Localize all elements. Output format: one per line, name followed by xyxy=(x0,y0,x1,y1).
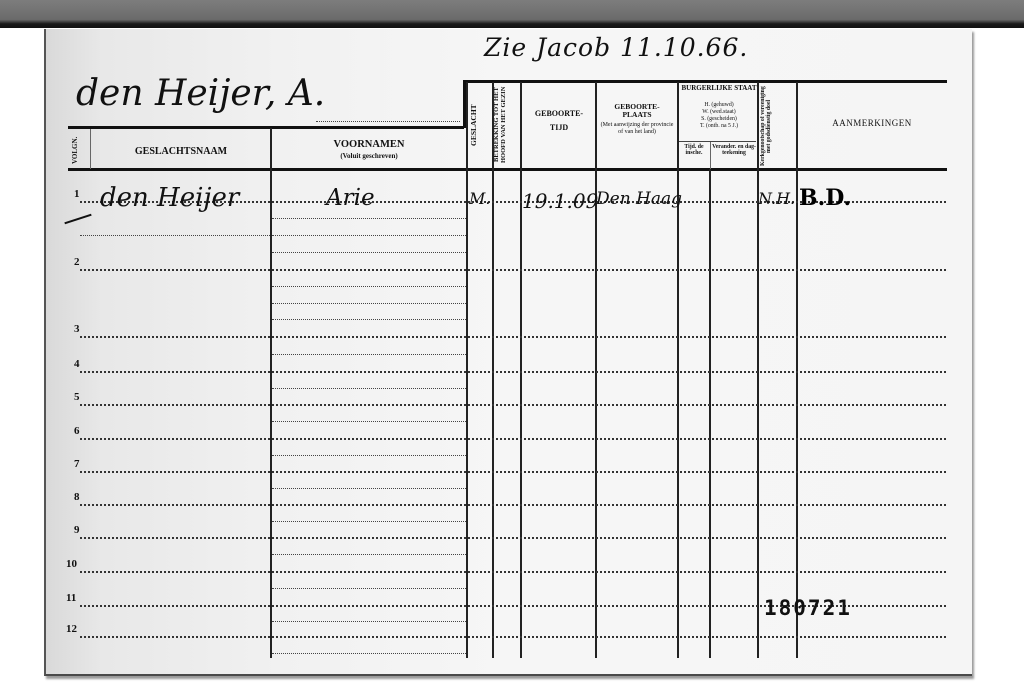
voornamen-subline xyxy=(272,252,466,253)
heading-dotted-line xyxy=(316,121,460,122)
row1-geslacht: M. xyxy=(469,189,490,208)
row1-geslachtsnaam: den Heijer xyxy=(100,183,239,213)
row-number: 8 xyxy=(74,491,80,503)
header-rule-left xyxy=(68,126,464,129)
col-line-tijd-inschr xyxy=(709,169,711,658)
voornamen-subline xyxy=(272,653,466,654)
voornamen-subline xyxy=(272,455,466,456)
card-number-stamp: 180721 xyxy=(764,596,852,620)
voornamen-subline xyxy=(272,303,466,304)
column-header-burgerlijke-staat: BURGERLIJKE STAAT xyxy=(680,85,758,93)
row-line xyxy=(80,438,946,440)
row-number: 9 xyxy=(74,524,80,536)
family-name-heading: den Heijer, A. xyxy=(76,73,325,114)
row1-pen-stroke xyxy=(64,214,91,225)
header-rule-bottom xyxy=(68,168,947,171)
row-number: 1 xyxy=(74,188,80,200)
burgerlijke-staat-t: T. (ontb. na 5 J.) xyxy=(680,123,758,129)
row-line xyxy=(80,371,946,373)
volgn-divider xyxy=(90,129,91,169)
row-line xyxy=(80,571,946,573)
column-header-geslachtsnaam: GESLACHTSNAAM xyxy=(92,146,270,157)
voornamen-subline xyxy=(272,388,466,389)
row-line xyxy=(80,504,946,506)
voornamen-subline xyxy=(272,521,466,522)
voornamen-subline xyxy=(272,286,466,287)
column-header-kerkgenootschap: Kerkgenootschap of vereeniging met godsd… xyxy=(760,85,794,167)
row-line xyxy=(80,404,946,406)
column-header-betrekking: BETREKKING TOT HET HOOFD VAN HET GEZIN xyxy=(494,85,520,165)
voornamen-subline xyxy=(272,554,466,555)
burgerlijke-staat-w: W. (wed.staat) xyxy=(680,109,758,115)
column-header-geboorteplaats-2: PLAATS xyxy=(596,111,678,119)
voornamen-subline xyxy=(272,421,466,422)
row-number: 12 xyxy=(66,623,77,635)
row-number: 11 xyxy=(66,592,76,604)
row-line xyxy=(80,269,946,271)
column-header-verandering: Verander. en dag-teekening xyxy=(711,144,757,157)
row-line xyxy=(80,537,946,539)
row-number: 6 xyxy=(74,425,80,437)
header-rule-top xyxy=(463,80,947,83)
column-header-geboortetijd-1: GEBOORTE- xyxy=(522,110,596,119)
row-number: 7 xyxy=(74,458,80,470)
column-header-voornamen-sub: (Voluit geschreven) xyxy=(272,153,466,161)
column-header-aanmerkingen: AANMERKINGEN xyxy=(798,119,946,129)
column-header-volgn: VOLGN. xyxy=(72,133,86,167)
voornamen-subline xyxy=(272,218,466,219)
column-header-geboorteplaats-sub: (Met aanwijzing der provincie of van het… xyxy=(600,122,674,135)
row1-geboorteplaats: Den Haag xyxy=(596,189,682,209)
row-line xyxy=(80,336,946,338)
row-number: 4 xyxy=(74,358,80,370)
voornamen-subline xyxy=(272,588,466,589)
column-header-geslacht: GESLACHT xyxy=(470,85,488,165)
voornamen-subline xyxy=(272,621,466,622)
row1-continuation-line xyxy=(80,235,270,236)
voornamen-subline xyxy=(272,488,466,489)
registration-card: Zie Jacob 11.10.66. den Heijer, A. VOLGN… xyxy=(44,29,972,676)
burgerlijke-staat-h: H. (gehuwd) xyxy=(680,102,758,108)
row-line xyxy=(80,471,946,473)
row-line xyxy=(80,636,946,638)
row1-aanmerkingen: B.D. xyxy=(799,185,851,211)
column-header-tijd-inschr: Tijd. de insche. xyxy=(678,144,710,157)
row1-kerkgenootschap: N.H. xyxy=(758,189,795,208)
row-number: 3 xyxy=(74,323,80,335)
col-line-geslachtsnaam xyxy=(270,128,272,658)
column-header-geboortetijd-2: TIJD xyxy=(522,124,596,133)
burgerlijke-staat-divider xyxy=(678,141,756,142)
row1-voornamen: Arie xyxy=(326,185,375,211)
voornamen-subline xyxy=(272,235,466,236)
row1-geboortetijd: 19.1.09 xyxy=(522,189,598,213)
row-number: 10 xyxy=(66,558,77,570)
scanner-background-strip xyxy=(0,0,1024,28)
voornamen-subline xyxy=(272,354,466,355)
column-header-voornamen: VOORNAMEN xyxy=(272,139,466,151)
voornamen-subline xyxy=(272,319,466,320)
header-note: Zie Jacob 11.10.66. xyxy=(484,33,748,62)
row-number: 5 xyxy=(74,391,80,403)
burgerlijke-staat-s: S. (gescheiden) xyxy=(680,116,758,122)
row-number: 2 xyxy=(74,256,80,268)
